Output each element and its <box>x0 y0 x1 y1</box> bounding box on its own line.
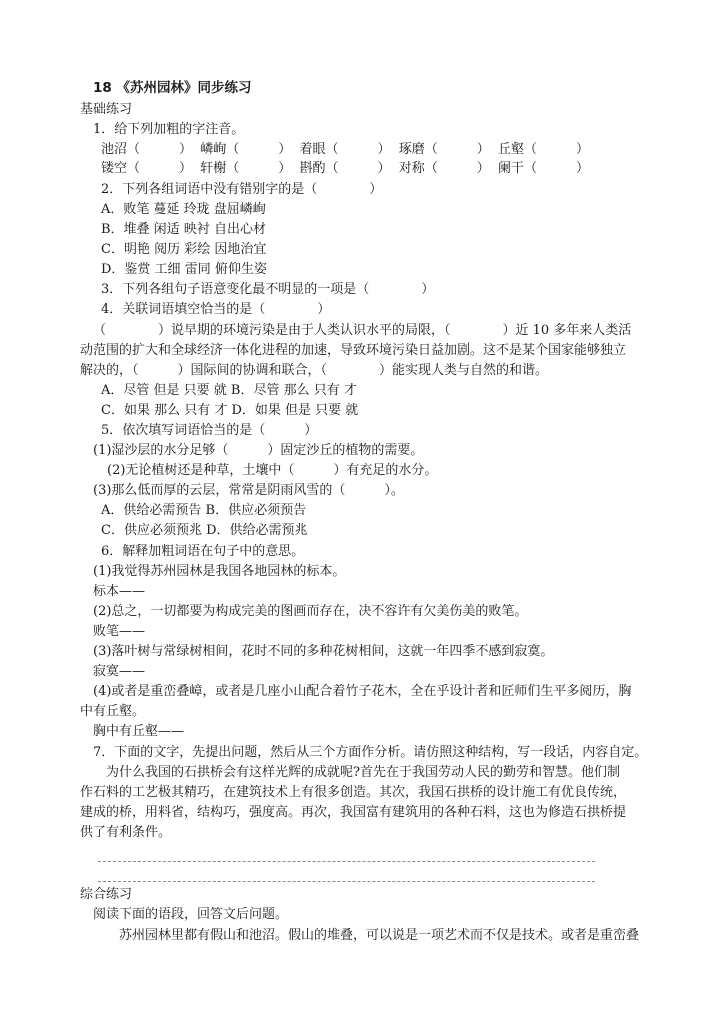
question-5-option: A．供给必需预告 B．供应必须预告 <box>101 502 306 519</box>
question-6-stem: 6．解释加粗词语在句子中的意思。 <box>101 543 304 560</box>
question-1-row-1: 池沼（ ） 嶙峋（ ） 着眼（ ） 琢磨（ ） 丘壑（ ） <box>101 141 589 158</box>
question-6-sentence: (1)我觉得苏州园林是我国各地园林的标本。 <box>93 563 345 580</box>
question-1-row-2: 镂空（ ） 轩榭（ ） 斟酌（ ） 对称（ ） 阑干（ ） <box>101 160 589 177</box>
page-title: 18 《苏州园林》同步练习 <box>93 80 252 97</box>
question-5-item: (3)那么低而厚的云层，常常是阴雨风雪的（ ）。 <box>93 482 404 499</box>
question-7-passage-line: 建成的桥，用料省，结构巧，强度高。再次，我国富有建筑用的各种石料，这也为修造石拱… <box>80 804 626 821</box>
question-2-option: C．明艳 阅历 彩绘 因地治宜 <box>101 241 266 258</box>
question-2-option: A．败笔 蔓延 玲珑 盘屈嶙峋 <box>101 201 266 218</box>
question-2-option: D．鉴赏 工细 雷同 俯仰生姿 <box>101 261 267 278</box>
question-6-term: 标本—— <box>93 583 145 600</box>
question-4-passage-line: （ ）说早期的环境污染是由于人类认识水平的局限，（ ）近 10 多年来人类活 <box>93 322 631 339</box>
question-2-option: B．堆叠 闲适 映衬 自出心材 <box>101 221 266 238</box>
question-6-term: 胸中有丘壑—— <box>93 723 184 740</box>
question-6-sentence: (2)总之，一切都要为构成完美的图画而存在，决不容许有欠美伤美的败笔。 <box>93 603 527 620</box>
document-page: 18 《苏州园林》同步练习 基础练习 1．给下列加粗的字注音。 池沼（ ） 嶙峋… <box>0 0 725 1024</box>
question-4-stem: 4．关联词语填空恰当的是（ ） <box>101 301 330 318</box>
answer-line[interactable] <box>98 861 595 862</box>
question-5-stem: 5．依次填写词语恰当的是（ ） <box>101 422 317 439</box>
question-3-stem: 3．下列各组句子语意变化最不明显的一项是（ ） <box>101 281 434 298</box>
question-5-item: (1)湿沙层的水分足够（ ）固定沙丘的植物的需要。 <box>93 442 423 459</box>
answer-line[interactable] <box>98 881 595 882</box>
question-7-passage-line: 为什么我国的石拱桥会有这样光辉的成就呢?首先在于我国劳动人民的勤劳和智慧。他们制 <box>80 764 620 781</box>
question-6-term: 寂寞—— <box>93 663 145 680</box>
section-heading-basic: 基础练习 <box>80 101 132 118</box>
reading-instruction: 阅读下面的语段，回答文后问题。 <box>93 906 288 923</box>
question-5-item: (2)无论植树还是种草，土壤中（ ）有充足的水分。 <box>107 462 437 479</box>
question-2-stem: 2．下列各组词语中没有错别字的是（ ） <box>101 181 382 198</box>
question-6-sentence: (3)落叶树与常绿树相间，花时不同的多种花树相间，这就一年四季不感到寂寞。 <box>93 643 553 660</box>
question-7-passage-line: 供了有利条件。 <box>80 824 171 841</box>
question-4-option: A．尽管 但是 只要 就 B．尽管 那么 只有 才 <box>101 382 357 399</box>
question-4-passage-line: 解决的，（ ）国际间的协调和联合，（ ）能实现人类与自然的和谐。 <box>80 362 548 379</box>
question-4-option: C．如果 那么 只有 才 D．如果 但是 只要 就 <box>101 402 358 419</box>
reading-passage-line: 苏州园林里都有假山和池沼。假山的堆叠，可以说是一项艺术而不仅是技术。或者是重峦叠 <box>93 927 639 944</box>
question-7-stem: 7．下面的文字，先提出问题，然后从三个方面作分析。请仿照这种结构，写一段话，内容… <box>93 744 647 761</box>
question-6-sentence-continued: 中有丘壑。 <box>80 703 145 720</box>
question-7-passage-line: 作石料的工艺极其精巧，在建筑技术上有很多创造。其次，我国石拱桥的设计施工有优良传… <box>80 784 626 801</box>
section-heading-comprehensive: 综合练习 <box>80 886 132 903</box>
question-5-option: C．供应必须预兆 D．供给必需预兆 <box>101 522 308 539</box>
question-4-passage-line: 动范围的扩大和全球经济一体化进程的加速，导致环境污染日益加剧。这不是某个国家能够… <box>80 342 626 359</box>
question-1-stem: 1．给下列加粗的字注音。 <box>93 121 244 138</box>
question-6-term: 败笔—— <box>93 623 145 640</box>
question-6-sentence: (4)或者是重峦叠嶂，或者是几座小山配合着竹子花木，全在乎设计者和匠师们生平多阅… <box>93 683 631 700</box>
